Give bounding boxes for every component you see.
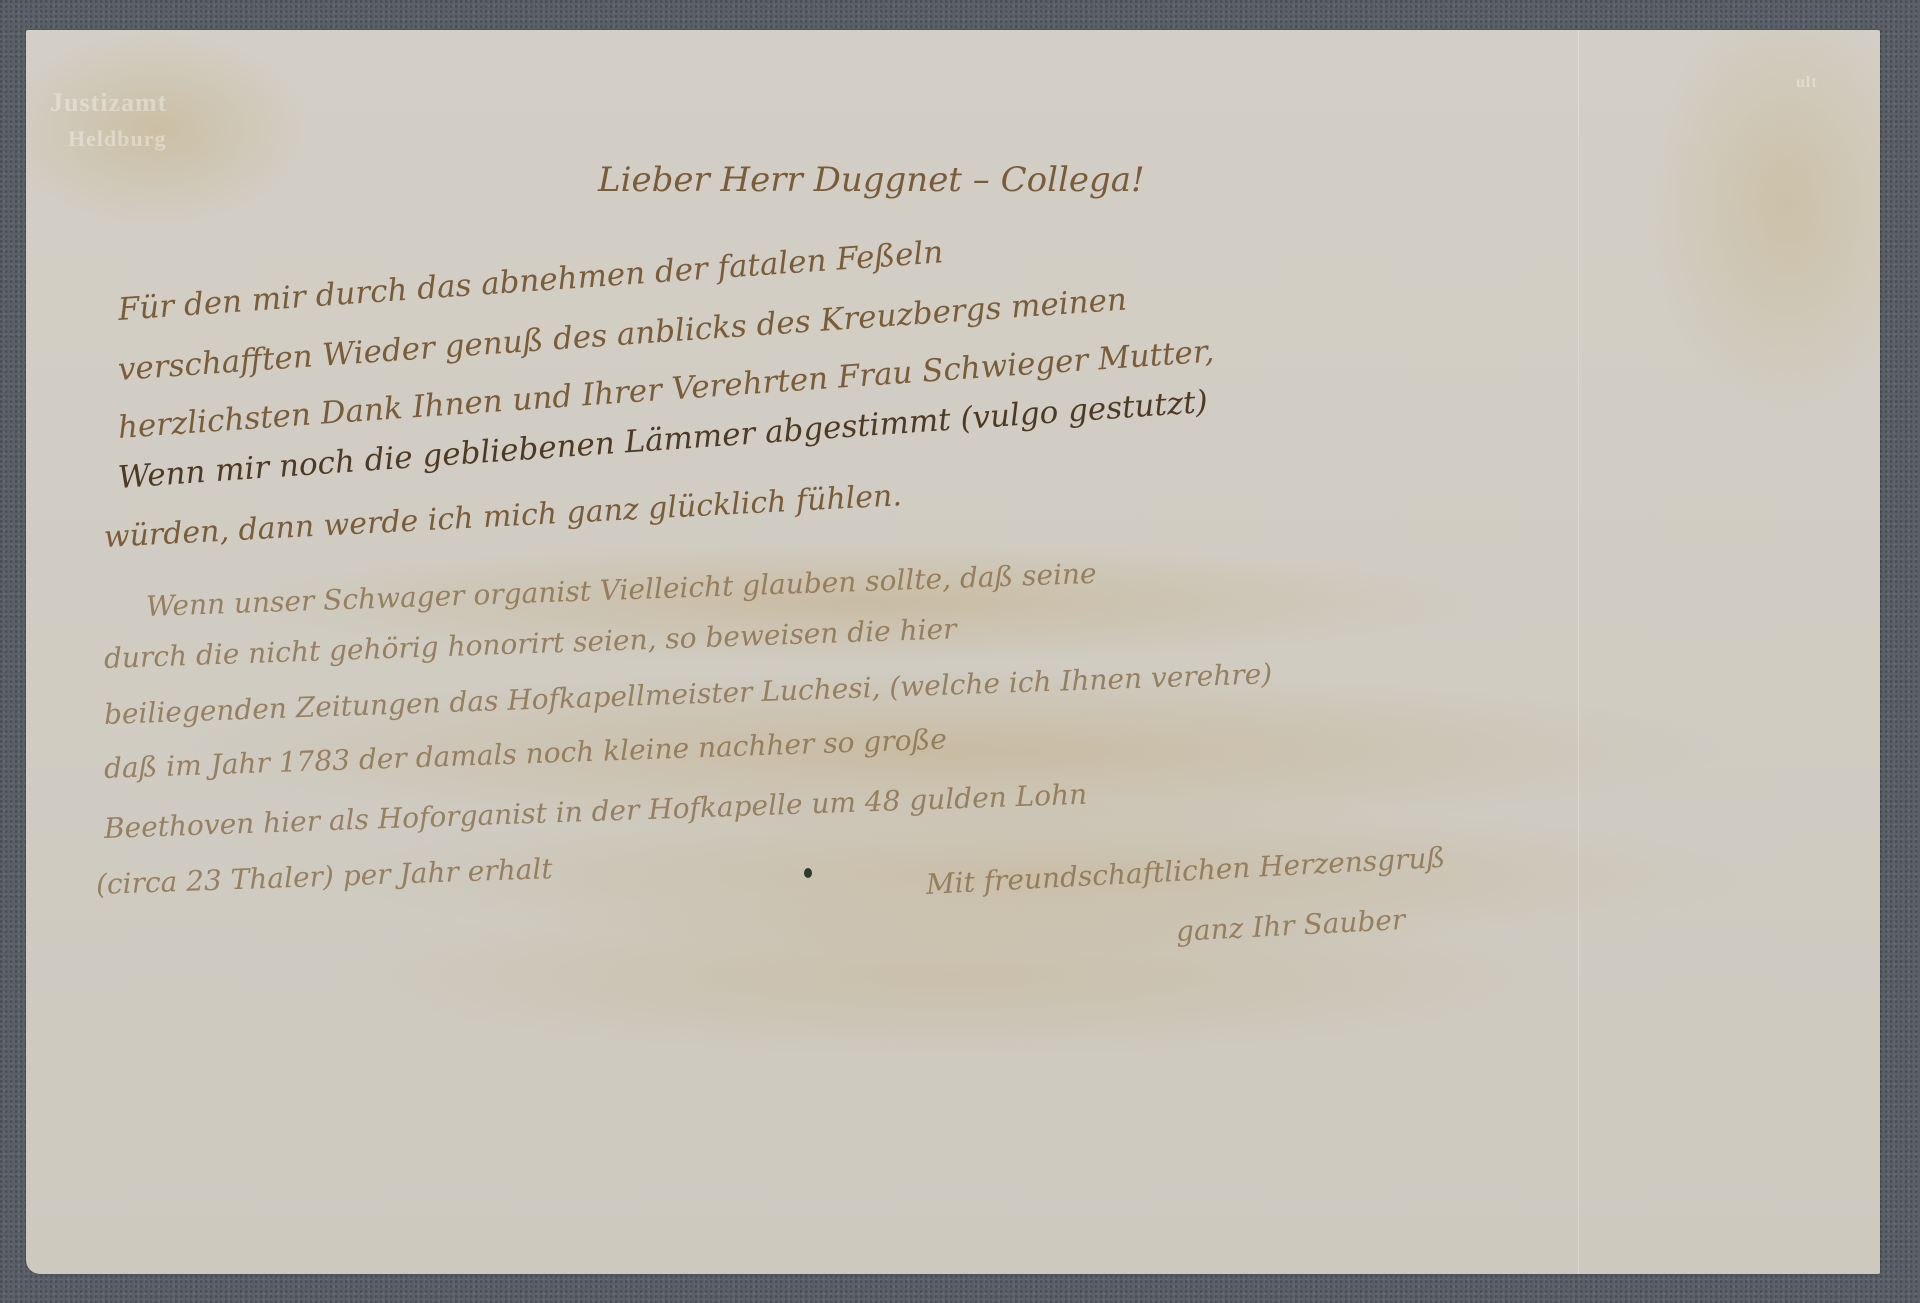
paragraph2-line2: durch die nicht gehörig honorirt seien, … bbox=[103, 612, 957, 675]
signature: ganz Ihr Sauber bbox=[1175, 903, 1406, 948]
embossed-stamp-line1: Justizamt bbox=[50, 88, 167, 118]
corner-mark: ult bbox=[1796, 74, 1818, 92]
letter-page: Justizamt Heldburg ult Lieber Herr Duggn… bbox=[26, 30, 1880, 1274]
ink-blot bbox=[804, 868, 812, 878]
paper-fold bbox=[1578, 30, 1579, 1274]
paragraph1-line5: würden, dann werde ich mich ganz glückli… bbox=[103, 478, 903, 555]
salutation: Lieber Herr Duggnet – Collega! bbox=[598, 160, 1145, 200]
paragraph2-line4: daß im Jahr 1783 der damals noch kleine … bbox=[103, 723, 947, 785]
paragraph2-line5: Beethoven hier als Hoforganist in der Ho… bbox=[103, 778, 1087, 845]
paragraph2-line6: (circa 23 Thaler) per Jahr erhalt bbox=[95, 852, 553, 901]
closing: Mit freundschaftlichen Herzensgruß bbox=[925, 841, 1446, 901]
embossed-stamp-line2: Heldburg bbox=[68, 126, 166, 152]
